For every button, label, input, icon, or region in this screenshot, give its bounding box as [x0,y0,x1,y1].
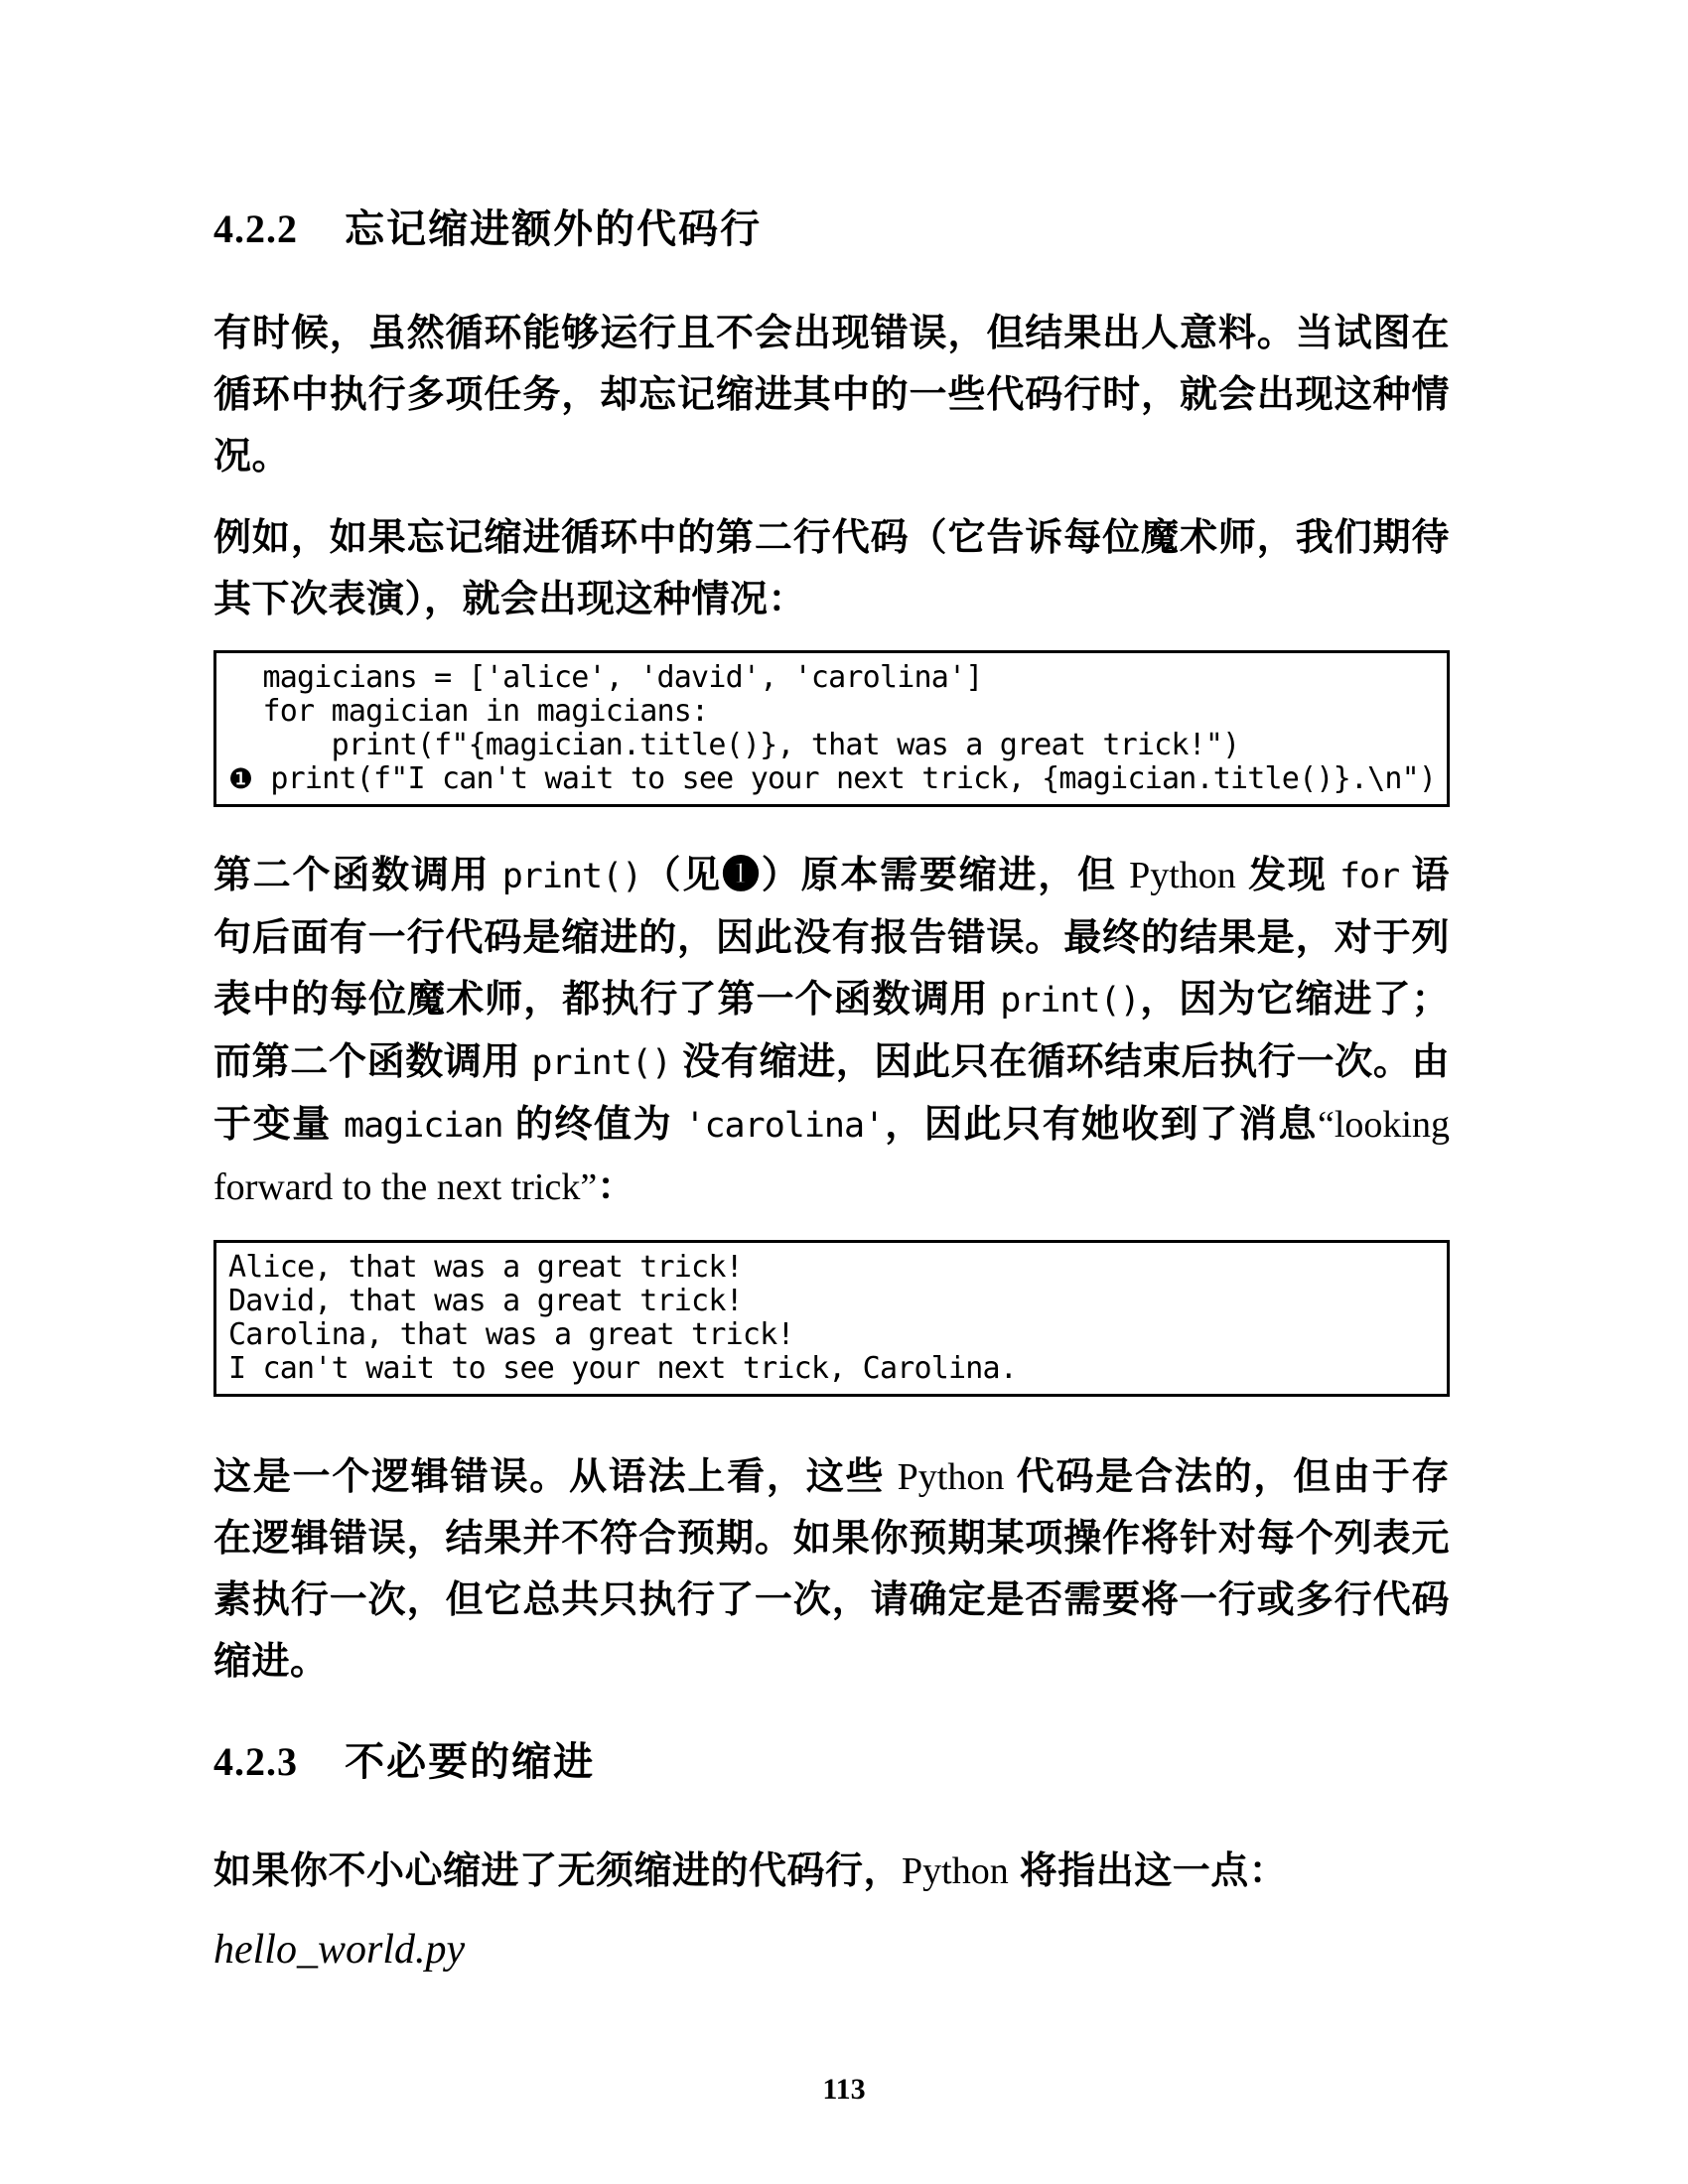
code-line: ❶ print(f"I can't wait to see your next … [228,762,1435,796]
text-run: print() [531,1043,671,1083]
section-title-423: 不必要的缩进 [345,1740,595,1784]
text-run: Python [902,1850,1009,1892]
text-run: 逻辑错误 [371,1456,529,1498]
section-number-423: 4.2.3 [213,1739,298,1784]
paragraph-example-intro: 例如，如果忘记缩进循环中的第二行代码（它告诉每位魔术师，我们期待其下次表演），就… [213,507,1450,630]
text-run: ，因此只有她收到了消息 [884,1104,1318,1146]
text-run: 发现 [1236,855,1339,896]
paragraph-logic-error: 这是一个逻辑错误。从语法上看，这些 Python 代码是合法的，但由于存在逻辑错… [213,1446,1450,1693]
page-number: 113 [0,2073,1688,2107]
text-run: 这是一个 [213,1456,371,1498]
code-line: Alice, that was a great trick! [228,1251,1435,1285]
text-run: （见❶）原本需要缩进，但 [641,855,1129,896]
text-run: 第二个函数调用 [213,855,502,896]
section-title-422: 忘记缩进额外的代码行 [345,207,762,251]
text-run: 如果你不小心缩进了无须缩进的代码行， [213,1850,902,1892]
section-heading-422: 4.2.2 忘记缩进额外的代码行 [213,205,1450,253]
text-run: Alice, that was a great trick! [228,1250,743,1285]
code-line: Carolina, that was a great trick! [228,1318,1435,1352]
text-run: magicians = ['alice', 'david', 'carolina… [228,660,983,695]
text-run: for magician in magicians: [228,694,708,729]
text-run: 。从语法上看，这些 [529,1456,897,1498]
text-run: 将指出这一点： [1009,1850,1288,1892]
text-run: print() [502,857,642,896]
text-run: Carolina, that was a great trick! [228,1317,794,1352]
paragraph-unnecessary-indent: 如果你不小心缩进了无须缩进的代码行，Python 将指出这一点： [213,1841,1450,1902]
text-run: 'carolina' [684,1106,884,1146]
code-line: I can't wait to see your next trick, Car… [228,1352,1435,1386]
text-run: print() [1000,981,1140,1021]
text-run: print(f"I can't wait to see your next tr… [253,761,1436,796]
code-filename: hello_world.py [213,1922,1450,1978]
text-run: 例如，如果忘记缩进循环中的第二行代码（它告诉每位魔术师，我们期待其下次表演），就… [213,517,1450,620]
page-content: 4.2.2 忘记缩进额外的代码行 有时候，虽然循环能够运行且不会出现错误，但结果… [213,205,1450,1978]
section-heading-423: 4.2.3 不必要的缩进 [213,1738,1450,1786]
code-line: for magician in magicians: [228,695,1435,729]
output-block: Alice, that was a great trick!David, tha… [213,1240,1450,1397]
text-run: print(f"{magician.title()}, that was a g… [228,728,1239,762]
code-line: print(f"{magician.title()}, that was a g… [228,729,1435,762]
text-run: 的终值为 [503,1104,685,1146]
text-run: Python [898,1456,1005,1498]
code-line: magicians = ['alice', 'david', 'carolina… [228,661,1435,695]
text-run: magician [344,1106,503,1146]
text-run: ： [597,1166,635,1208]
text-run: David, that was a great trick! [228,1284,743,1318]
text-run: Python [1129,855,1236,896]
book-page: 4.2.2 忘记缩进额外的代码行 有时候，虽然循环能够运行且不会出现错误，但结果… [0,0,1688,2184]
text-run: I can't wait to see your next trick, Car… [228,1351,1017,1386]
text-run: for [1339,857,1399,896]
paragraph-loop-surprise: 有时候，虽然循环能够运行且不会出现错误，但结果出人意料。当试图在循环中执行多项任… [213,303,1450,487]
section-number-422: 4.2.2 [213,206,298,251]
paragraph-explanation: 第二个函数调用 print()（见❶）原本需要缩进，但 Python 发现 fo… [213,845,1450,1218]
code-block-magicians: magicians = ['alice', 'david', 'carolina… [213,650,1450,807]
text-run: ❶ [228,762,253,795]
text-run: 有时候，虽然循环能够运行且不会出现错误，但结果出人意料。当试图在循环中执行多项任… [213,313,1450,478]
code-line: David, that was a great trick! [228,1285,1435,1318]
